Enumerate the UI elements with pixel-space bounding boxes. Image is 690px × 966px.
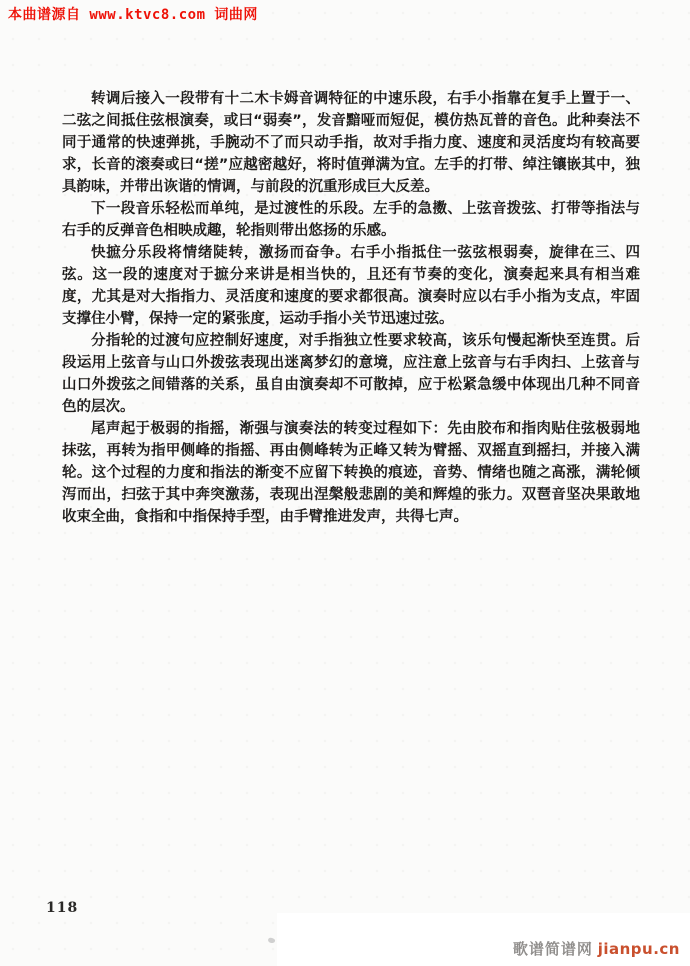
paragraph-5: 尾声起于极弱的指摇，渐强与演奏法的转变过程如下：先由胶布和指肉贴住弦极弱地抹弦，… (62, 418, 640, 528)
paragraph-4: 分指轮的过渡句应控制好速度，对手指独立性要求较高，该乐句慢起渐快至连贯。后段运用… (62, 330, 640, 418)
paragraph-2: 下一段音乐轻松而单纯，是过渡性的乐段。左手的急擞、上弦音拨弦、打带等指法与右手的… (62, 198, 640, 242)
page-number: 118 (46, 900, 78, 916)
watermark-site-name: 歌谱简谱网 (513, 940, 593, 958)
source-watermark-top: 本曲谱源自 www.ktvc8.com 词曲网 (8, 4, 258, 24)
paragraph-3: 快摭分乐段将情绪陡转，激扬而奋争。右手小指抵住一弦弦根弱奏，旋律在三、四弦。这一… (62, 242, 640, 330)
source-watermark-bottom: 歌谱简谱网 jianpu.cn (513, 938, 680, 959)
watermark-site-url: jianpu.cn (598, 940, 680, 958)
scanned-document-page: 本曲谱源自 www.ktvc8.com 词曲网 转调后接入一段带有十二木卡姆音调… (0, 0, 690, 966)
scan-artifact-mark (267, 937, 275, 944)
article-body: 转调后接入一段带有十二木卡姆音调特征的中速乐段，右手小指靠在复手上置于一、二弦之… (62, 88, 640, 528)
paragraph-1: 转调后接入一段带有十二木卡姆音调特征的中速乐段，右手小指靠在复手上置于一、二弦之… (62, 88, 640, 198)
